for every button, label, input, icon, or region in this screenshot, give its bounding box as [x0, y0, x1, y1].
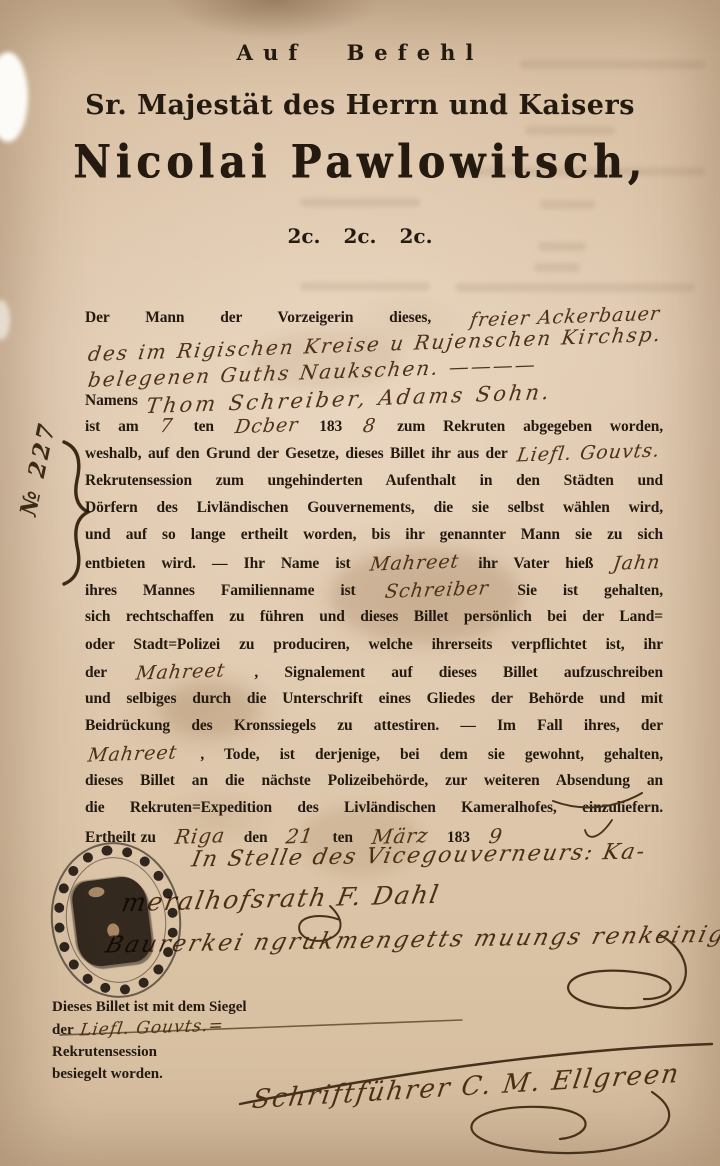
- printed-text: Namens: [85, 392, 138, 409]
- seal-note: Dieses Billet ist mit dem Siegel der Lie…: [52, 996, 332, 1085]
- body-line: ihres Mannes Familienname ist Schreiber …: [85, 576, 663, 603]
- printed-text: oder Stadt=Polizei zu produciren, welche…: [85, 636, 663, 653]
- body-line: dieses Billet an die nächste Polizeibehö…: [85, 767, 663, 794]
- printed-text: Der Mann der Vorzeigerin dieses,: [85, 309, 431, 326]
- printed-text: ten: [333, 829, 353, 846]
- handwritten-entry: Mahreet: [131, 657, 230, 688]
- header-emperor-name: Nicolai Pawlowitsch,: [0, 135, 720, 189]
- body-line: weshalb, auf den Grund der Gesetze, dies…: [85, 439, 663, 466]
- body-line: Dörfern des Livländischen Gouvernements,…: [85, 494, 663, 521]
- handwritten-entry: 7: [155, 413, 178, 441]
- handwritten-entry: Mahreet: [83, 739, 182, 770]
- printed-text: , Tode, ist derjenige, bei dem sie gewoh…: [200, 746, 663, 763]
- body-line: entbieten wird. — Ihr Name ist Mahreet i…: [85, 549, 663, 576]
- header-etcetera: 2c. 2c. 2c.: [0, 224, 720, 248]
- body-line: und auf so lange ertheilt worden, bis ih…: [85, 521, 663, 548]
- scanned-document-page: Auf Befehl Sr. Majestät des Herrn und Ka…: [0, 0, 720, 1166]
- header-command: Auf Befehl: [0, 40, 720, 65]
- verso-bleedthrough: [540, 200, 595, 209]
- printed-text: der: [52, 1022, 73, 1038]
- handwritten-entry: Liefl. Gouvts.: [512, 438, 665, 471]
- body-line: und selbiges durch die Unterschrift eine…: [85, 685, 663, 712]
- printed-text: ihr Vater hieß: [478, 555, 593, 572]
- printed-text: 183: [319, 418, 342, 435]
- verso-bleedthrough: [300, 282, 430, 291]
- stamp-coat-of-arms: [70, 874, 154, 968]
- printed-text: Beidrückung des Kronssiegels zu attestir…: [85, 717, 663, 734]
- printed-text: der: [85, 664, 107, 681]
- handwritten-entry: Jahn: [608, 549, 665, 578]
- body-line: des im Rigischen Kreise u Rujenschen Kir…: [85, 330, 663, 357]
- handwritten-entry: Mahreet: [365, 548, 464, 579]
- printed-text: den: [244, 829, 268, 846]
- document-number-label: № 227: [15, 419, 61, 519]
- body-line: Beidrückung des Kronssiegels zu attestir…: [85, 712, 663, 739]
- handwritten-entry: 8: [358, 413, 381, 441]
- printed-text: Sie ist gehalten,: [517, 582, 663, 599]
- printed-text: die Rekruten=Expedition des Livländische…: [85, 799, 663, 816]
- verso-bleedthrough: [455, 283, 695, 292]
- verso-bleedthrough: [525, 126, 615, 135]
- body-line: oder Stadt=Polizei zu produciren, welche…: [85, 631, 663, 658]
- printed-text: dieses Billet an die nächste Polizeibehö…: [85, 772, 663, 789]
- handwritten-scrawl-line: Baurerkei ngrukmengetts muungs renkeinig: [103, 922, 720, 959]
- verso-bleedthrough: [300, 198, 420, 207]
- handwritten-entry: Dcber: [230, 412, 303, 442]
- printed-text: und selbiges durch die Unterschrift eine…: [85, 690, 663, 707]
- printed-text: ist am: [85, 418, 139, 435]
- printed-text: Rekrutensession: [52, 1044, 157, 1060]
- seal-note-line: der Liefl. Gouvts.=Rekrutensession: [52, 1018, 332, 1063]
- margin-document-number: № 227: [18, 438, 78, 588]
- printed-text: weshalb, auf den Grund der Gesetze, dies…: [85, 445, 507, 462]
- verso-bleedthrough: [534, 263, 580, 272]
- body-line: Mahreet , Tode, ist derjenige, bei dem s…: [85, 740, 663, 767]
- printed-text: und auf so lange ertheilt worden, bis ih…: [85, 526, 663, 543]
- printed-text: zum Rekruten abgegeben worden,: [397, 418, 663, 435]
- body-text-lines: Der Mann der Vorzeigerin dieses, freier …: [85, 303, 663, 849]
- paper-damage-spot: [0, 300, 10, 340]
- body-line: Rekrutensession zum ungehinderten Aufent…: [85, 467, 663, 494]
- printed-text: , Signalement auf dieses Billet aufzusch…: [254, 664, 663, 681]
- header-majesty: Sr. Majestät des Herrn und Kaisers: [0, 90, 720, 121]
- seal-note-line: besiegelt worden.: [52, 1063, 332, 1085]
- printed-text: Dörfern des Livländischen Gouvernements,…: [85, 499, 663, 516]
- body-line: sich rechtschaffen zu führen und dieses …: [85, 603, 663, 630]
- handwritten-entry: Liefl. Gouvts.=: [76, 1014, 229, 1041]
- printed-text: ihres Mannes Familienname ist: [85, 582, 356, 599]
- printed-text: ten: [194, 418, 214, 435]
- printed-text: sich rechtschaffen zu führen und dieses …: [85, 608, 663, 625]
- official-seal-stamp: [45, 838, 186, 1002]
- body-line: ist am 7 ten Dcber 183 8 zum Rekruten ab…: [85, 412, 663, 439]
- body-line: die Rekruten=Expedition des Livländische…: [85, 794, 663, 821]
- handwritten-entry: Schreiber: [380, 575, 494, 606]
- printed-text: Rekrutensession zum ungehinderten Aufent…: [85, 472, 663, 489]
- printed-text: entbieten wird. — Ihr Name ist: [85, 555, 351, 572]
- body-line: der Mahreet , Signalement auf dieses Bil…: [85, 658, 663, 685]
